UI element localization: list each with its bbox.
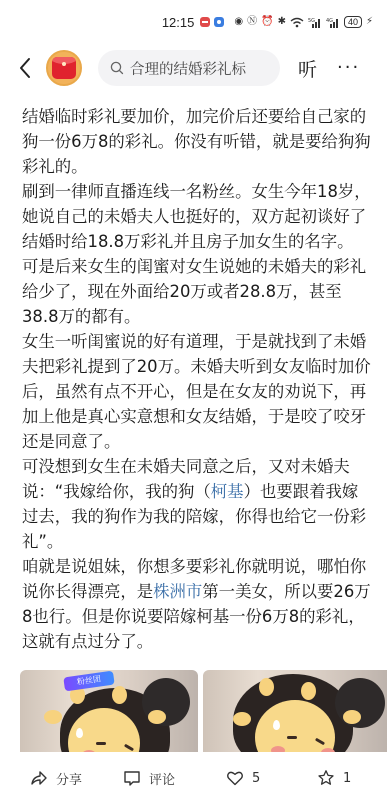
listen-button[interactable]: 听 xyxy=(298,55,317,82)
app-logo[interactable] xyxy=(46,50,82,86)
keyword-link-zhuzhou[interactable]: 株洲市 xyxy=(153,582,202,601)
star-icon xyxy=(317,769,335,787)
alarm-icon: ⏰ xyxy=(261,17,273,27)
more-options-button[interactable]: ··· xyxy=(337,63,360,73)
paragraph: 刷到一律师直播连线一名粉丝。女生今年18岁，她说自己的未婚夫人也挺好的，双方起初… xyxy=(22,179,372,254)
article-image-2[interactable] xyxy=(203,670,387,752)
like-count: 5 xyxy=(252,771,260,786)
red-envelope-icon xyxy=(52,57,76,79)
back-button[interactable] xyxy=(14,53,36,83)
comment-label: 评论 xyxy=(149,769,175,788)
status-bar: 12:15 ◉ Ⓝ ⏰ ✱ 5G 4G 40 ⚡ xyxy=(0,0,387,40)
notification-blue-icon xyxy=(214,17,224,27)
search-input[interactable]: 合理的结婚彩礼标 xyxy=(98,50,280,86)
share-label: 分享 xyxy=(56,769,82,788)
charging-icon: ⚡ xyxy=(366,17,373,27)
nfc-icon: Ⓝ xyxy=(247,17,257,27)
action-bar: 分享 评论 5 1 xyxy=(0,756,387,800)
paragraph: 女生一听闺蜜说的好有道理，于是就找到了未婚夫把彩礼提到了20万。未婚夫听到女友临… xyxy=(22,329,372,454)
notification-red-icon xyxy=(200,17,210,27)
share-icon xyxy=(30,769,48,787)
svg-text:4G: 4G xyxy=(326,18,333,24)
battery-indicator: 40 xyxy=(344,16,362,28)
search-query-text: 合理的结婚彩礼标 xyxy=(130,58,246,79)
chevron-left-icon xyxy=(19,57,31,79)
paragraph: 可是后来女生的闺蜜对女生说她的未婚夫的彩礼给少了，现在外面给20万或者28.8万… xyxy=(22,254,372,329)
image-gallery: 粉丝团 xyxy=(20,670,387,752)
share-button[interactable]: 分享 xyxy=(30,769,82,788)
signal-4g-icon: 4G xyxy=(326,17,340,28)
search-icon xyxy=(110,61,124,75)
article-image-1[interactable]: 粉丝团 xyxy=(20,670,198,752)
heart-icon xyxy=(226,769,244,787)
paragraph: 结婚临时彩礼要加价，加完价后还要给自己家的狗一份6万8的彩礼。你没有听错，就是要… xyxy=(22,104,372,179)
favorite-button[interactable]: 1 xyxy=(317,769,351,787)
bluetooth-icon: ✱ xyxy=(278,17,286,27)
favorite-count: 1 xyxy=(343,771,351,786)
status-time: 12:15 xyxy=(162,15,195,30)
like-button[interactable]: 5 xyxy=(226,769,260,787)
signal-5g-icon: 5G xyxy=(308,17,322,28)
paragraph: 咱就是说姐妹，你想多要彩礼你就明说，哪怕你说你长得漂亮，是株洲市第一美女，所以要… xyxy=(22,554,372,654)
comment-button[interactable]: 评论 xyxy=(123,769,175,788)
wifi-icon xyxy=(290,17,304,28)
comment-icon xyxy=(123,769,141,787)
keyword-link-corgi[interactable]: 柯基 xyxy=(211,482,244,501)
article-body: 结婚临时彩礼要加价，加完价后还要给自己家的狗一份6万8的彩礼。你没有听错，就是要… xyxy=(22,104,372,654)
top-nav: 合理的结婚彩礼标 听 ··· xyxy=(0,45,387,91)
eye-icon: ◉ xyxy=(234,17,243,27)
paragraph: 可没想到女生在未婚夫同意之后，又对未婚夫说：“我嫁给你，我的狗（柯基）也要跟着我… xyxy=(22,454,372,554)
svg-text:5G: 5G xyxy=(308,18,315,24)
